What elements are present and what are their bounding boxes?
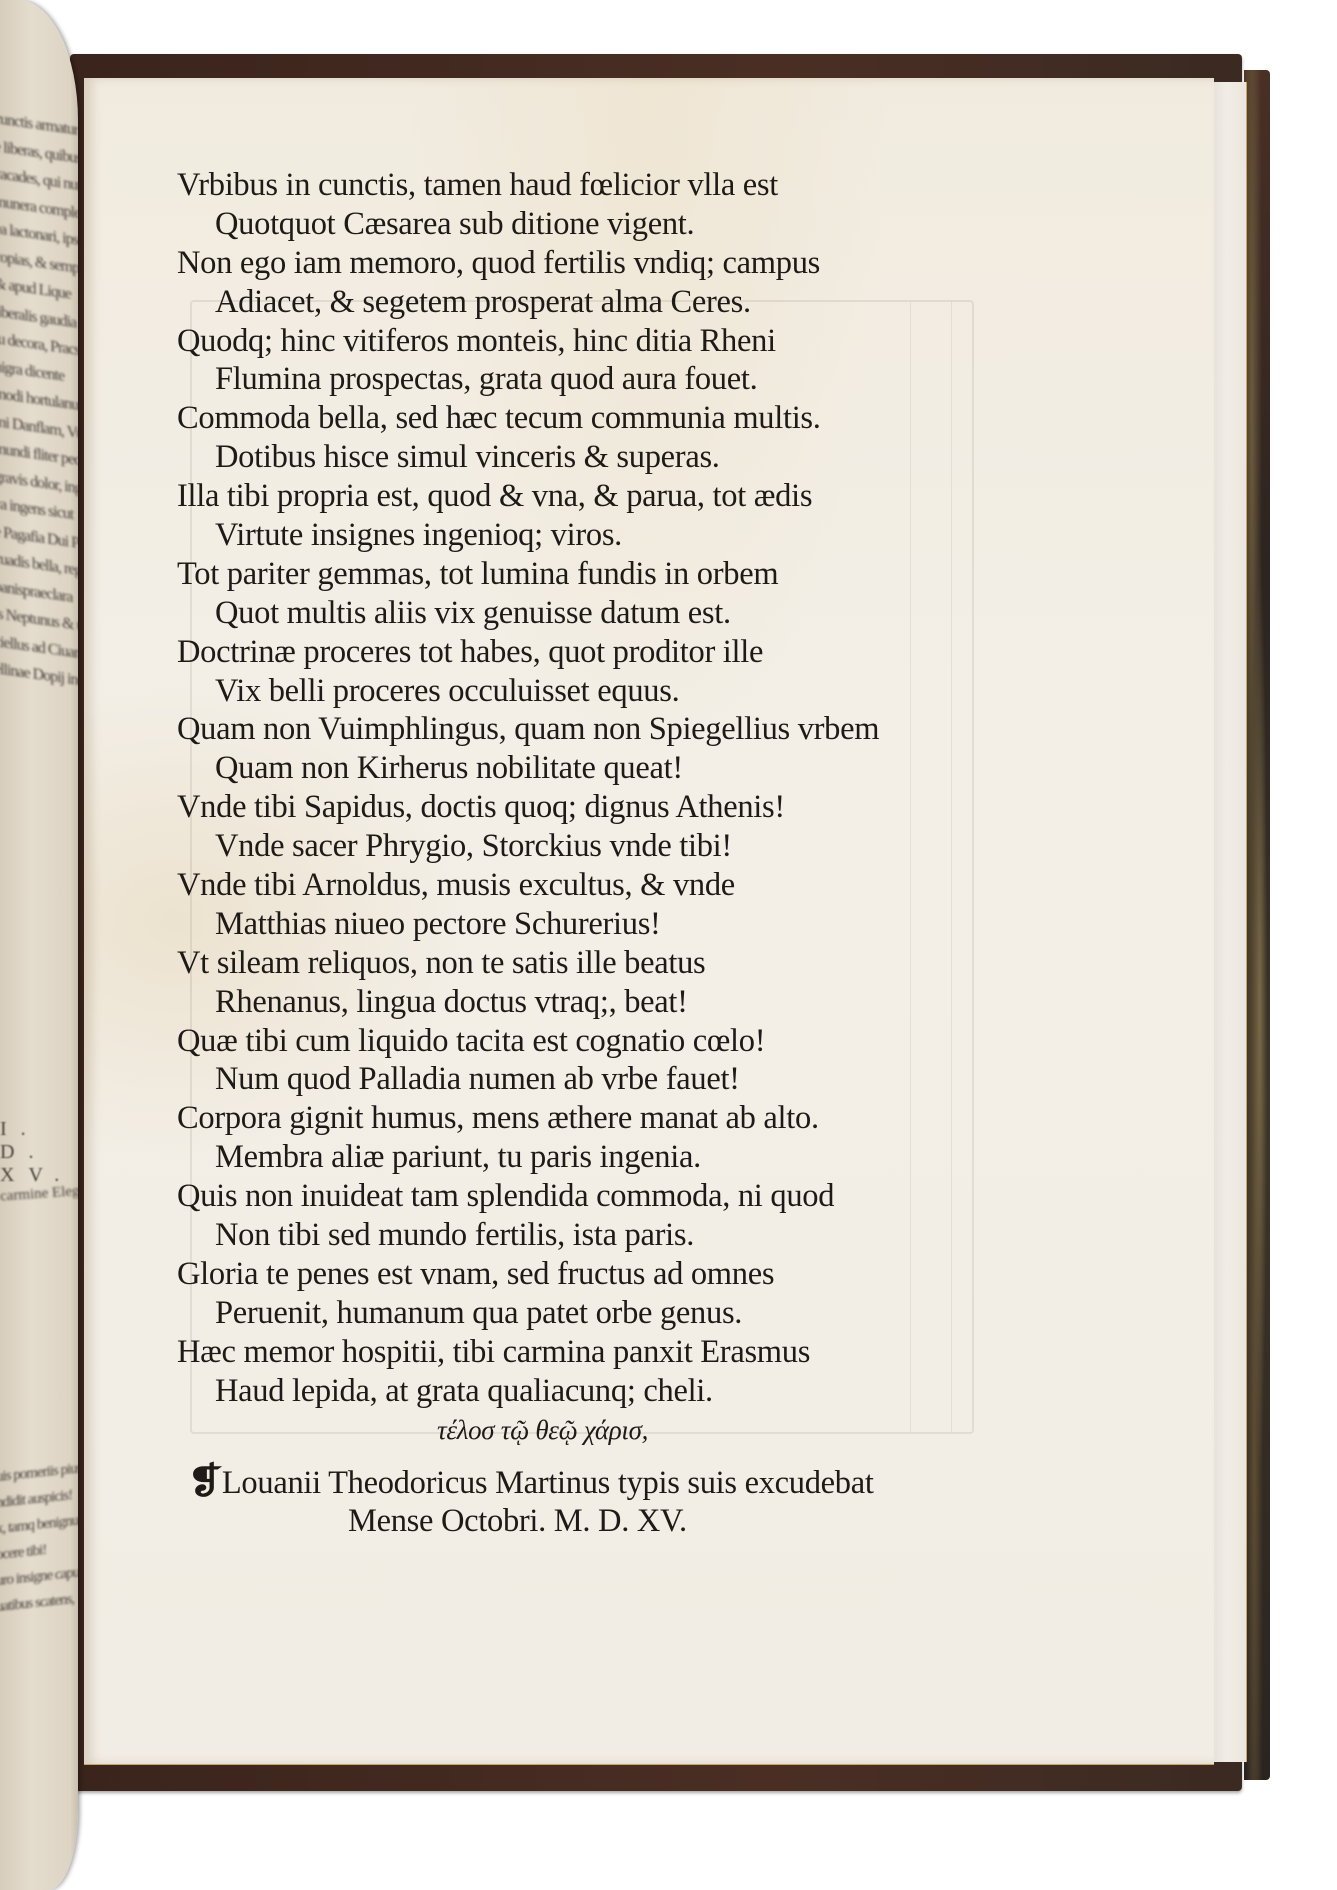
poem-line: Rhenanus, lingua doctus vtraq;, beat! bbox=[177, 983, 1077, 1022]
poem-line: Vrbibus in cunctis, tamen haud fœlicior … bbox=[177, 166, 1077, 205]
poem-line: Dotibus hisce simul vinceris & superas. bbox=[177, 438, 1077, 477]
left-page-curled: cunctis armatur Iovise liberas, quibus s… bbox=[0, 0, 78, 1890]
poem-line: Doctrinæ proceres tot habes, quot prodit… bbox=[177, 633, 1077, 672]
poem-line: Vnde tibi Arnoldus, musis excultus, & vn… bbox=[177, 866, 1077, 905]
poem-line: Quotquot Cæsarea sub ditione vigent. bbox=[177, 205, 1077, 244]
colophon-line-2: Mense Octobri. M. D. XV. bbox=[190, 1502, 874, 1540]
colophon: ❡Louanii Theodoricus Martinus typis suis… bbox=[190, 1462, 874, 1540]
left-page-text-block: cunctis armatur Iovise liberas, quibus s… bbox=[0, 105, 74, 694]
left-page-date-fragment: I. D. XV. bbox=[0, 1118, 78, 1187]
poem-line: Vnde sacer Phrygio, Storckius vnde tibi! bbox=[177, 827, 1077, 866]
pilcrow-icon: ❡ bbox=[187, 1462, 223, 1500]
poem-line: Quot multis aliis vix genuisse datum est… bbox=[177, 594, 1077, 633]
poem-line: Matthias niueo pectore Schurerius! bbox=[177, 905, 1077, 944]
poem-line: Quis non inuideat tam splendida commoda,… bbox=[177, 1177, 1077, 1216]
colophon-line-1: ❡Louanii Theodoricus Martinus typis suis… bbox=[190, 1462, 874, 1502]
left-page-lower-text-block: uis pomeriis piusndidit auspicis!x, tamq… bbox=[0, 1456, 76, 1620]
colophon-printer-text: Louanii Theodoricus Martinus typis suis … bbox=[222, 1465, 874, 1501]
poem-line: Num quod Palladia numen ab vrbe fauet! bbox=[177, 1060, 1077, 1099]
poem-line: Commoda bella, sed hæc tecum communia mu… bbox=[177, 399, 1077, 438]
greek-closing-line: τέλοσ τῷ θεῷ χάρισ, bbox=[177, 1411, 1077, 1453]
poem-line: Flumina prospectas, grata quod aura foue… bbox=[177, 360, 1077, 399]
poem-line: Hæc memor hospitii, tibi carmina panxit … bbox=[177, 1333, 1077, 1372]
poem-line: Quæ tibi cum liquido tacita est cognatio… bbox=[177, 1022, 1077, 1061]
poem-line: Haud lepida, at grata qualiacunq; cheli. bbox=[177, 1372, 1077, 1411]
poem-line: Adiacet, & segetem prosperat alma Ceres. bbox=[177, 283, 1077, 322]
poem-line: Non tibi sed mundo fertilis, ista paris. bbox=[177, 1216, 1077, 1255]
poem-line: Gloria te penes est vnam, sed fructus ad… bbox=[177, 1255, 1077, 1294]
poem-line: Quodq; hinc vitiferos monteis, hinc diti… bbox=[177, 322, 1077, 361]
marbled-board-edge bbox=[1244, 70, 1270, 1780]
poem-line: Peruenit, humanum qua patet orbe genus. bbox=[177, 1294, 1077, 1333]
poem-line: Quam non Kirherus nobilitate queat! bbox=[177, 749, 1077, 788]
flyleaf-edge bbox=[1214, 82, 1247, 1762]
poem-line: Vix belli proceres occuluisset equus. bbox=[177, 672, 1077, 711]
poem-line: Membra aliæ pariunt, tu paris ingenia. bbox=[177, 1138, 1077, 1177]
poem-text-block: Vrbibus in cunctis, tamen haud fœlicior … bbox=[177, 166, 1077, 1453]
poem-line: Non ego iam memoro, quod fertilis vndiq;… bbox=[177, 244, 1077, 283]
poem-line: Vnde tibi Sapidus, doctis quoq; dignus A… bbox=[177, 788, 1077, 827]
poem-line: Quam non Vuimphlingus, quam non Spiegell… bbox=[177, 710, 1077, 749]
poem-line: Illa tibi propria est, quod & vna, & par… bbox=[177, 477, 1077, 516]
poem-line: Virtute insignes ingenioq; viros. bbox=[177, 516, 1077, 555]
poem-line: Tot pariter gemmas, tot lumina fundis in… bbox=[177, 555, 1077, 594]
poem-line: Corpora gignit humus, mens æthere manat … bbox=[177, 1099, 1077, 1138]
poem-line: Vt sileam reliquos, non te satis ille be… bbox=[177, 944, 1077, 983]
